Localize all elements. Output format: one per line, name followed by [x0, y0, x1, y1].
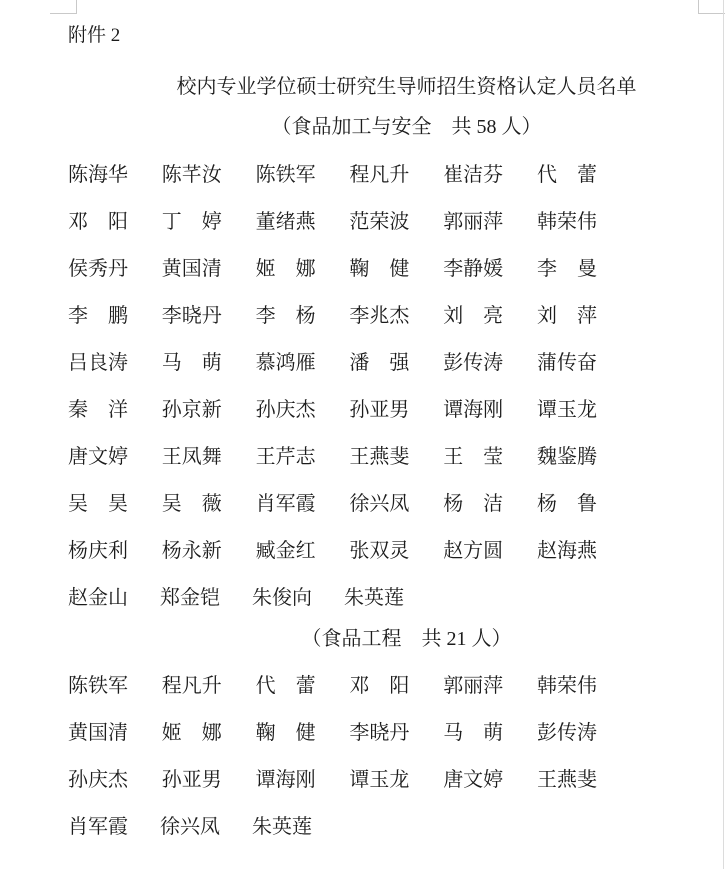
name-section: （食品工程 共 21 人）陈铁军程凡升代 蕾邓 阳郭丽萍韩荣伟黄国清姬 娜鞠 健… — [0, 629, 725, 864]
person-name: 姬 娜 — [162, 723, 222, 770]
person-name: 吴 昊 — [68, 494, 128, 541]
person-name: 秦 洋 — [68, 400, 128, 447]
person-name: 杨庆利 — [68, 541, 128, 588]
name-row: 秦 洋孙京新孙庆杰孙亚男谭海刚谭玉龙 — [68, 400, 597, 447]
margin-corner-mark-right — [698, 0, 725, 14]
section-subtitle: （食品加工与安全 共 58 人） — [0, 117, 725, 165]
person-name: 韩荣伟 — [537, 212, 597, 259]
person-name: 孙亚男 — [162, 770, 222, 817]
person-name: 代 蕾 — [256, 676, 316, 723]
person-name: 黄国清 — [68, 723, 128, 770]
name-row: 李 鹏李晓丹李 杨李兆杰刘 亮刘 萍 — [68, 306, 597, 353]
person-name: 孙庆杰 — [68, 770, 128, 817]
name-row: 吴 昊吴 薇肖军霞徐兴凤杨 洁杨 鲁 — [68, 494, 597, 541]
name-row: 唐文婷王凤舞王芹志王燕斐王 莹魏鉴腾 — [68, 447, 597, 494]
person-name: 唐文婷 — [443, 770, 503, 817]
person-name: 王芹志 — [256, 447, 316, 494]
person-name: 彭传涛 — [443, 353, 503, 400]
person-name: 程凡升 — [162, 676, 222, 723]
person-name: 韩荣伟 — [537, 676, 597, 723]
person-name: 程凡升 — [349, 165, 409, 212]
name-row: 孙庆杰孙亚男谭海刚谭玉龙唐文婷王燕斐 — [68, 770, 597, 817]
name-grid: 陈铁军程凡升代 蕾邓 阳郭丽萍韩荣伟黄国清姬 娜鞠 健李晓丹马 萌彭传涛孙庆杰孙… — [68, 676, 597, 864]
person-name: 赵金山 — [68, 588, 128, 635]
section-subtitle: （食品工程 共 21 人） — [0, 629, 725, 676]
person-name: 刘 萍 — [537, 306, 597, 353]
person-name: 邓 阳 — [349, 676, 409, 723]
document-title: 校内专业学位硕士研究生导师招生资格认定人员名单 — [0, 70, 725, 99]
person-name: 郑金铠 — [160, 588, 220, 635]
person-name: 肖军霞 — [68, 817, 128, 864]
person-name: 李晓丹 — [162, 306, 222, 353]
person-name: 蒲传奋 — [537, 353, 597, 400]
person-name: 董绪燕 — [256, 212, 316, 259]
person-name: 吕良涛 — [68, 353, 128, 400]
person-name: 赵方圆 — [443, 541, 503, 588]
person-name: 陈芊汝 — [162, 165, 222, 212]
person-name: 马 萌 — [162, 353, 222, 400]
person-name: 范荣波 — [349, 212, 409, 259]
person-name: 李兆杰 — [349, 306, 409, 353]
person-name: 姬 娜 — [256, 259, 316, 306]
name-row: 吕良涛马 萌慕鸿雁潘 强彭传涛蒲传奋 — [68, 353, 597, 400]
name-section: （食品加工与安全 共 58 人）陈海华陈芊汝陈铁军程凡升崔洁芬代 蕾邓 阳丁 婷… — [0, 117, 725, 635]
person-name: 谭玉龙 — [349, 770, 409, 817]
person-name: 徐兴凤 — [349, 494, 409, 541]
person-name: 代 蕾 — [537, 165, 597, 212]
person-name: 徐兴凤 — [160, 817, 220, 864]
person-name: 谭玉龙 — [537, 400, 597, 447]
person-name: 张双灵 — [349, 541, 409, 588]
person-name: 郭丽萍 — [443, 212, 503, 259]
person-name: 孙京新 — [162, 400, 222, 447]
person-name: 魏鉴腾 — [537, 447, 597, 494]
person-name: 郭丽萍 — [443, 676, 503, 723]
person-name: 陈铁军 — [68, 676, 128, 723]
person-name: 谭海刚 — [443, 400, 503, 447]
name-grid: 陈海华陈芊汝陈铁军程凡升崔洁芬代 蕾邓 阳丁 婷董绪燕范荣波郭丽萍韩荣伟侯秀丹黄… — [68, 165, 597, 635]
person-name: 慕鸿雁 — [256, 353, 316, 400]
person-name: 臧金红 — [256, 541, 316, 588]
person-name: 杨 鲁 — [537, 494, 597, 541]
person-name: 唐文婷 — [68, 447, 128, 494]
document-page: 附件 2 校内专业学位硕士研究生导师招生资格认定人员名单 （食品加工与安全 共 … — [0, 0, 725, 869]
person-name: 杨 洁 — [443, 494, 503, 541]
person-name: 李 曼 — [537, 259, 597, 306]
person-name: 孙亚男 — [349, 400, 409, 447]
person-name: 肖军霞 — [256, 494, 316, 541]
name-row: 陈海华陈芊汝陈铁军程凡升崔洁芬代 蕾 — [68, 165, 597, 212]
margin-corner-mark-left — [50, 0, 77, 14]
person-name: 侯秀丹 — [68, 259, 128, 306]
name-row: 邓 阳丁 婷董绪燕范荣波郭丽萍韩荣伟 — [68, 212, 597, 259]
person-name: 李静媛 — [443, 259, 503, 306]
person-name: 李晓丹 — [349, 723, 409, 770]
person-name: 崔洁芬 — [443, 165, 503, 212]
person-name: 朱英莲 — [252, 817, 312, 864]
person-name: 鞠 健 — [256, 723, 316, 770]
person-name: 刘 亮 — [443, 306, 503, 353]
person-name: 彭传涛 — [537, 723, 597, 770]
person-name: 陈铁军 — [256, 165, 316, 212]
person-name: 马 萌 — [443, 723, 503, 770]
name-row: 肖军霞徐兴凤朱英莲 — [68, 817, 597, 864]
person-name: 李 杨 — [256, 306, 316, 353]
attachment-label: 附件 2 — [68, 25, 120, 46]
person-name: 潘 强 — [349, 353, 409, 400]
person-name: 王 莹 — [443, 447, 503, 494]
name-row: 侯秀丹黄国清姬 娜鞠 健李静媛李 曼 — [68, 259, 597, 306]
person-name: 邓 阳 — [68, 212, 128, 259]
person-name: 杨永新 — [162, 541, 222, 588]
person-name: 李 鹏 — [68, 306, 128, 353]
person-name: 王燕斐 — [537, 770, 597, 817]
person-name: 孙庆杰 — [256, 400, 316, 447]
name-row: 陈铁军程凡升代 蕾邓 阳郭丽萍韩荣伟 — [68, 676, 597, 723]
person-name: 王凤舞 — [162, 447, 222, 494]
person-name: 谭海刚 — [256, 770, 316, 817]
name-row: 黄国清姬 娜鞠 健李晓丹马 萌彭传涛 — [68, 723, 597, 770]
name-row: 杨庆利杨永新臧金红张双灵赵方圆赵海燕 — [68, 541, 597, 588]
person-name: 丁 婷 — [162, 212, 222, 259]
person-name: 王燕斐 — [349, 447, 409, 494]
person-name: 黄国清 — [162, 259, 222, 306]
person-name: 赵海燕 — [537, 541, 597, 588]
person-name: 吴 薇 — [162, 494, 222, 541]
person-name: 鞠 健 — [349, 259, 409, 306]
person-name: 陈海华 — [68, 165, 128, 212]
